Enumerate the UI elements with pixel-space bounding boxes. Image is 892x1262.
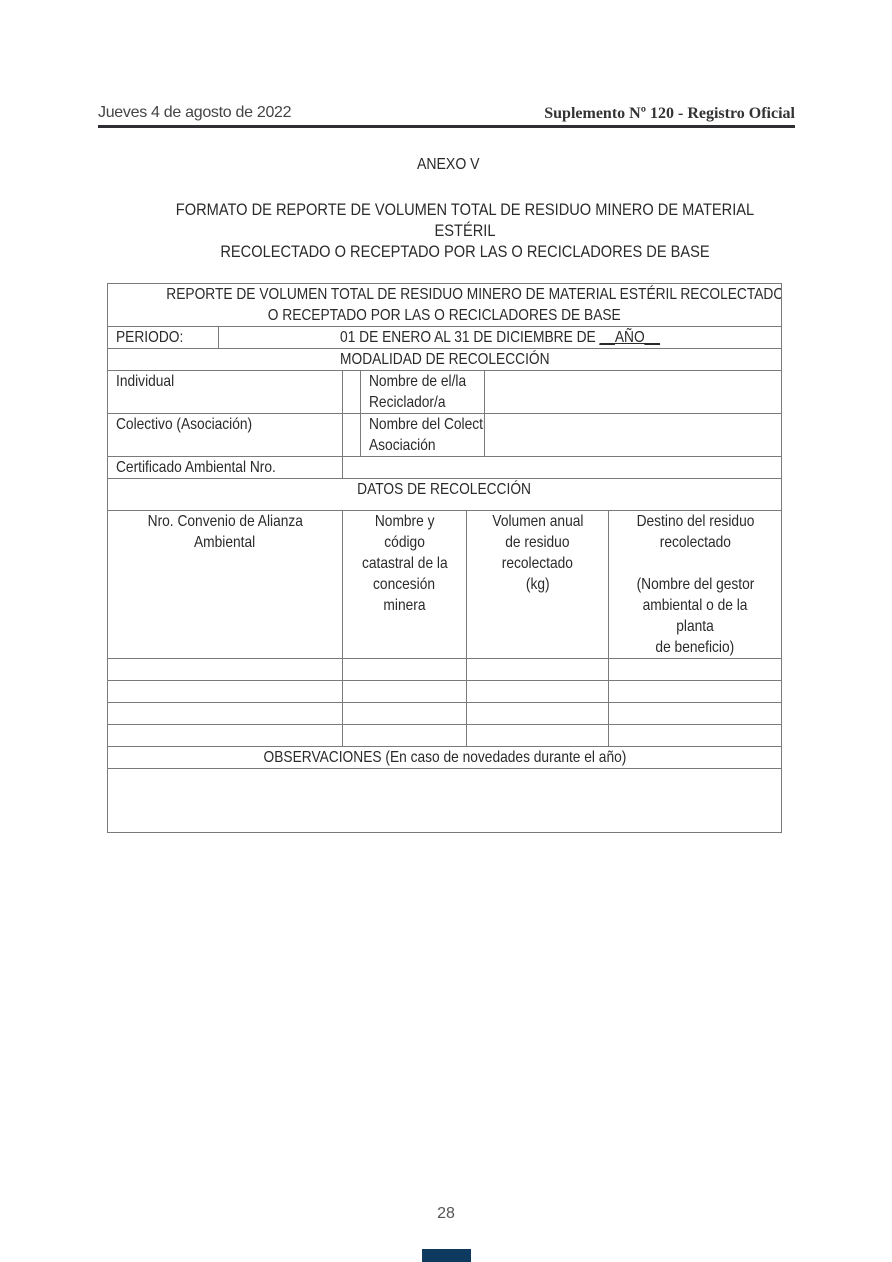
column-header-line: ambiental o de la planta xyxy=(628,595,762,637)
cell-concession[interactable] xyxy=(343,659,467,681)
collective-label: Colectivo (Asociación) xyxy=(116,414,252,435)
form-title-line-2: O RECEPTADO POR LAS O RECICLADORES DE BA… xyxy=(268,305,621,326)
collective-label-cell: Colectivo (Asociación) xyxy=(108,414,343,457)
cell-concession[interactable] xyxy=(343,703,467,725)
column-header-line: (kg) xyxy=(526,574,550,595)
observations-heading: OBSERVACIONES (En caso de novedades dura… xyxy=(263,747,626,768)
collective-name-field[interactable] xyxy=(485,414,782,457)
form-title-cell: REPORTE DE VOLUMEN TOTAL DE RESIDUO MINE… xyxy=(108,284,782,327)
column-header-line: catastral de la xyxy=(362,553,448,574)
collective-name-label-1: Nombre del Colectivo o xyxy=(369,414,485,435)
collective-checkbox-cell[interactable] xyxy=(343,414,361,457)
header-divider xyxy=(98,125,795,128)
modality-heading: MODALIDAD DE RECOLECCIÓN xyxy=(340,349,549,370)
cell-concession[interactable] xyxy=(343,725,467,747)
cell-volume[interactable] xyxy=(467,725,609,747)
footer-accent-bar xyxy=(422,1249,471,1262)
cell-destination[interactable] xyxy=(609,703,782,725)
table-row xyxy=(108,725,782,747)
collective-name-label-2: Asociación xyxy=(369,435,436,456)
column-header-line: Destino del residuo xyxy=(636,511,754,532)
page-header: Jueves 4 de agosto de 2022 Suplemento Nº… xyxy=(98,102,795,124)
cell-agreement[interactable] xyxy=(108,725,343,747)
page-number: 28 xyxy=(0,1205,892,1223)
table-row xyxy=(108,681,782,703)
column-header-line: código xyxy=(384,532,425,553)
collective-name-label-cell: Nombre del Colectivo o Asociación xyxy=(361,414,485,457)
cell-destination[interactable] xyxy=(609,659,782,681)
column-header-line: recolectado xyxy=(659,532,730,553)
table-row xyxy=(108,659,782,681)
observations-field[interactable] xyxy=(108,769,782,833)
individual-name-label-1: Nombre de el/la xyxy=(369,371,466,392)
column-header-line xyxy=(693,553,697,574)
collection-heading: DATOS DE RECOLECCIÓN xyxy=(358,479,532,500)
period-label: PERIODO: xyxy=(116,327,183,348)
column-header-line: Volumen anual xyxy=(492,511,583,532)
annex-title: ANEXO V xyxy=(56,156,841,174)
cell-agreement[interactable] xyxy=(108,659,343,681)
column-header-line: de residuo xyxy=(505,532,569,553)
column-header-line: minera xyxy=(383,595,425,616)
individual-name-label-cell: Nombre de el/la Reciclador/a xyxy=(361,371,485,414)
period-label-cell: PERIODO: xyxy=(108,327,219,349)
cell-agreement[interactable] xyxy=(108,703,343,725)
column-header-line: recolectado xyxy=(502,553,573,574)
column-header-line: concesión xyxy=(374,574,436,595)
table-row xyxy=(108,703,782,725)
format-title: FORMATO DE REPORTE DE VOLUMEN TOTAL DE R… xyxy=(168,199,761,262)
individual-label-cell: Individual xyxy=(108,371,343,414)
cell-concession[interactable] xyxy=(343,681,467,703)
column-header-line: Ambiental xyxy=(194,532,255,553)
period-year-field[interactable]: __AÑO__ xyxy=(600,329,660,346)
column-header-line: de beneficio) xyxy=(656,637,735,658)
report-form-table: REPORTE DE VOLUMEN TOTAL DE RESIDUO MINE… xyxy=(107,283,782,833)
individual-label: Individual xyxy=(116,371,174,392)
column-header-volume: Volumen anualde residuorecolectado(kg) xyxy=(467,511,609,659)
period-value: 01 DE ENERO AL 31 DE DICIEMBRE DE __AÑO_… xyxy=(340,327,660,348)
period-value-cell[interactable]: 01 DE ENERO AL 31 DE DICIEMBRE DE __AÑO_… xyxy=(219,327,782,349)
certificate-field[interactable] xyxy=(343,457,782,479)
format-title-line-2: RECOLECTADO O RECEPTADO POR LAS O RECICL… xyxy=(168,241,761,262)
cell-destination[interactable] xyxy=(609,725,782,747)
collection-heading-cell: DATOS DE RECOLECCIÓN xyxy=(108,479,782,511)
format-title-line-1: FORMATO DE REPORTE DE VOLUMEN TOTAL DE R… xyxy=(168,199,761,241)
observations-heading-cell: OBSERVACIONES (En caso de novedades dura… xyxy=(108,747,782,769)
collection-data-rows xyxy=(108,659,782,747)
column-header-line: Nro. Convenio de Alianza xyxy=(147,511,302,532)
header-publication: Suplemento Nº 120 - Registro Oficial xyxy=(544,105,795,123)
individual-name-label-2: Reciclador/a xyxy=(369,392,445,413)
header-date: Jueves 4 de agosto de 2022 xyxy=(98,104,291,122)
period-range: 01 DE ENERO AL 31 DE DICIEMBRE DE xyxy=(340,329,599,346)
column-header-line: Nombre y xyxy=(375,511,435,532)
column-header-agreement: Nro. Convenio de AlianzaAmbiental xyxy=(108,511,343,659)
column-header-concession: Nombre ycódigocatastral de laconcesiónmi… xyxy=(343,511,467,659)
individual-name-field[interactable] xyxy=(485,371,782,414)
cell-volume[interactable] xyxy=(467,659,609,681)
cell-volume[interactable] xyxy=(467,681,609,703)
column-header-destination: Destino del residuorecolectado (Nombre d… xyxy=(609,511,782,659)
cell-agreement[interactable] xyxy=(108,681,343,703)
form-title-line-1: REPORTE DE VOLUMEN TOTAL DE RESIDUO MINE… xyxy=(166,284,781,305)
column-header-line: (Nombre del gestor xyxy=(636,574,754,595)
cell-destination[interactable] xyxy=(609,681,782,703)
certificate-label: Certificado Ambiental Nro. xyxy=(116,457,276,478)
individual-checkbox-cell[interactable] xyxy=(343,371,361,414)
cell-volume[interactable] xyxy=(467,703,609,725)
certificate-label-cell: Certificado Ambiental Nro. xyxy=(108,457,343,479)
collection-column-headers: Nro. Convenio de AlianzaAmbiental Nombre… xyxy=(108,511,782,659)
modality-heading-cell: MODALIDAD DE RECOLECCIÓN xyxy=(108,349,782,371)
